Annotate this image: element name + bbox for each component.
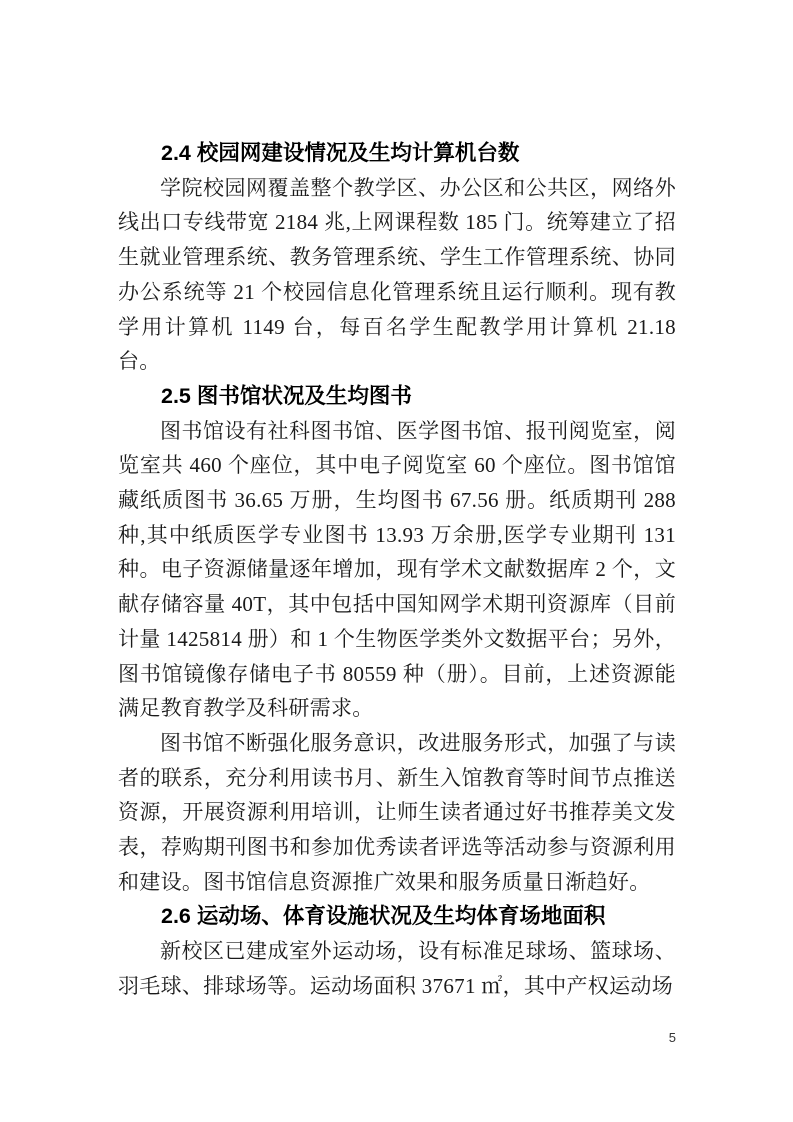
section-heading-2-6: 2.6 运动场、体育设施状况及生均体育场地面积 <box>118 899 676 934</box>
document-page: 2.4 校园网建设情况及生均计算机台数 学院校园网覆盖整个教学区、办公区和公共区… <box>0 0 793 1122</box>
paragraph-library-services: 图书馆不断强化服务意识，改进服务形式，加强了与读者的联系，充分利用读书月、新生入… <box>118 726 676 900</box>
paragraph-campus-network: 学院校园网覆盖整个教学区、办公区和公共区，网络外线出口专线带宽 2184 兆,上… <box>118 171 676 379</box>
document-body: 2.4 校园网建设情况及生均计算机台数 学院校园网覆盖整个教学区、办公区和公共区… <box>118 136 676 1004</box>
section-heading-2-4: 2.4 校园网建设情况及生均计算机台数 <box>118 136 676 171</box>
paragraph-sports-facilities: 新校区已建成室外运动场，设有标准足球场、篮球场、羽毛球、排球场等。运动场面积 3… <box>118 934 676 1003</box>
section-heading-2-5: 2.5 图书馆状况及生均图书 <box>118 379 676 414</box>
page-number: 5 <box>118 1030 676 1045</box>
paragraph-library-resources: 图书馆设有社科图书馆、医学图书馆、报刊阅览室，阅览室共 460 个座位，其中电子… <box>118 414 676 726</box>
